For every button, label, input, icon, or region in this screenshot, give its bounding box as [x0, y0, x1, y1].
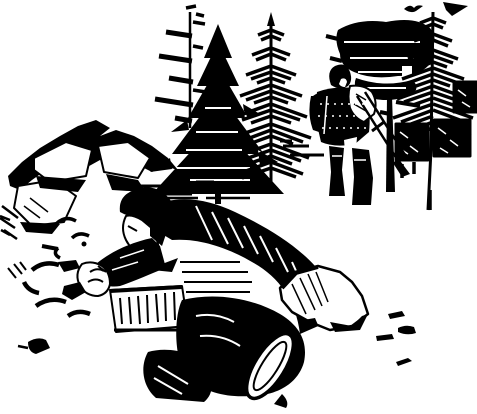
boot-toe-shadow [274, 394, 287, 408]
trailside-rock [280, 266, 368, 332]
pile-base-hatch [0, 206, 18, 239]
stone-tail [18, 346, 28, 348]
hiker-right-leg [352, 148, 373, 205]
pile-ridge [8, 120, 178, 190]
pine-bent-tip [443, 2, 468, 16]
pebble-dot [82, 242, 87, 247]
small-stone-with-tail [28, 338, 50, 354]
stone-dash [42, 246, 58, 249]
background-forest [138, 2, 477, 210]
tree-branches [155, 32, 193, 121]
scattered-stones-right [376, 311, 416, 366]
woodcut-illustration: Kneeling man examining a rock while a hi… [0, 0, 477, 414]
pile-curl-stones [55, 219, 89, 258]
illustration-page: Kneeling man examining a rock while a hi… [0, 0, 477, 414]
grass-ticks [8, 262, 26, 278]
scattered-stones-left [8, 246, 90, 354]
pine-tip [267, 12, 275, 26]
stone-dashes [376, 311, 416, 366]
hiker-left-leg [329, 146, 345, 196]
stone-blob [58, 260, 80, 272]
bird-icon [404, 5, 423, 12]
